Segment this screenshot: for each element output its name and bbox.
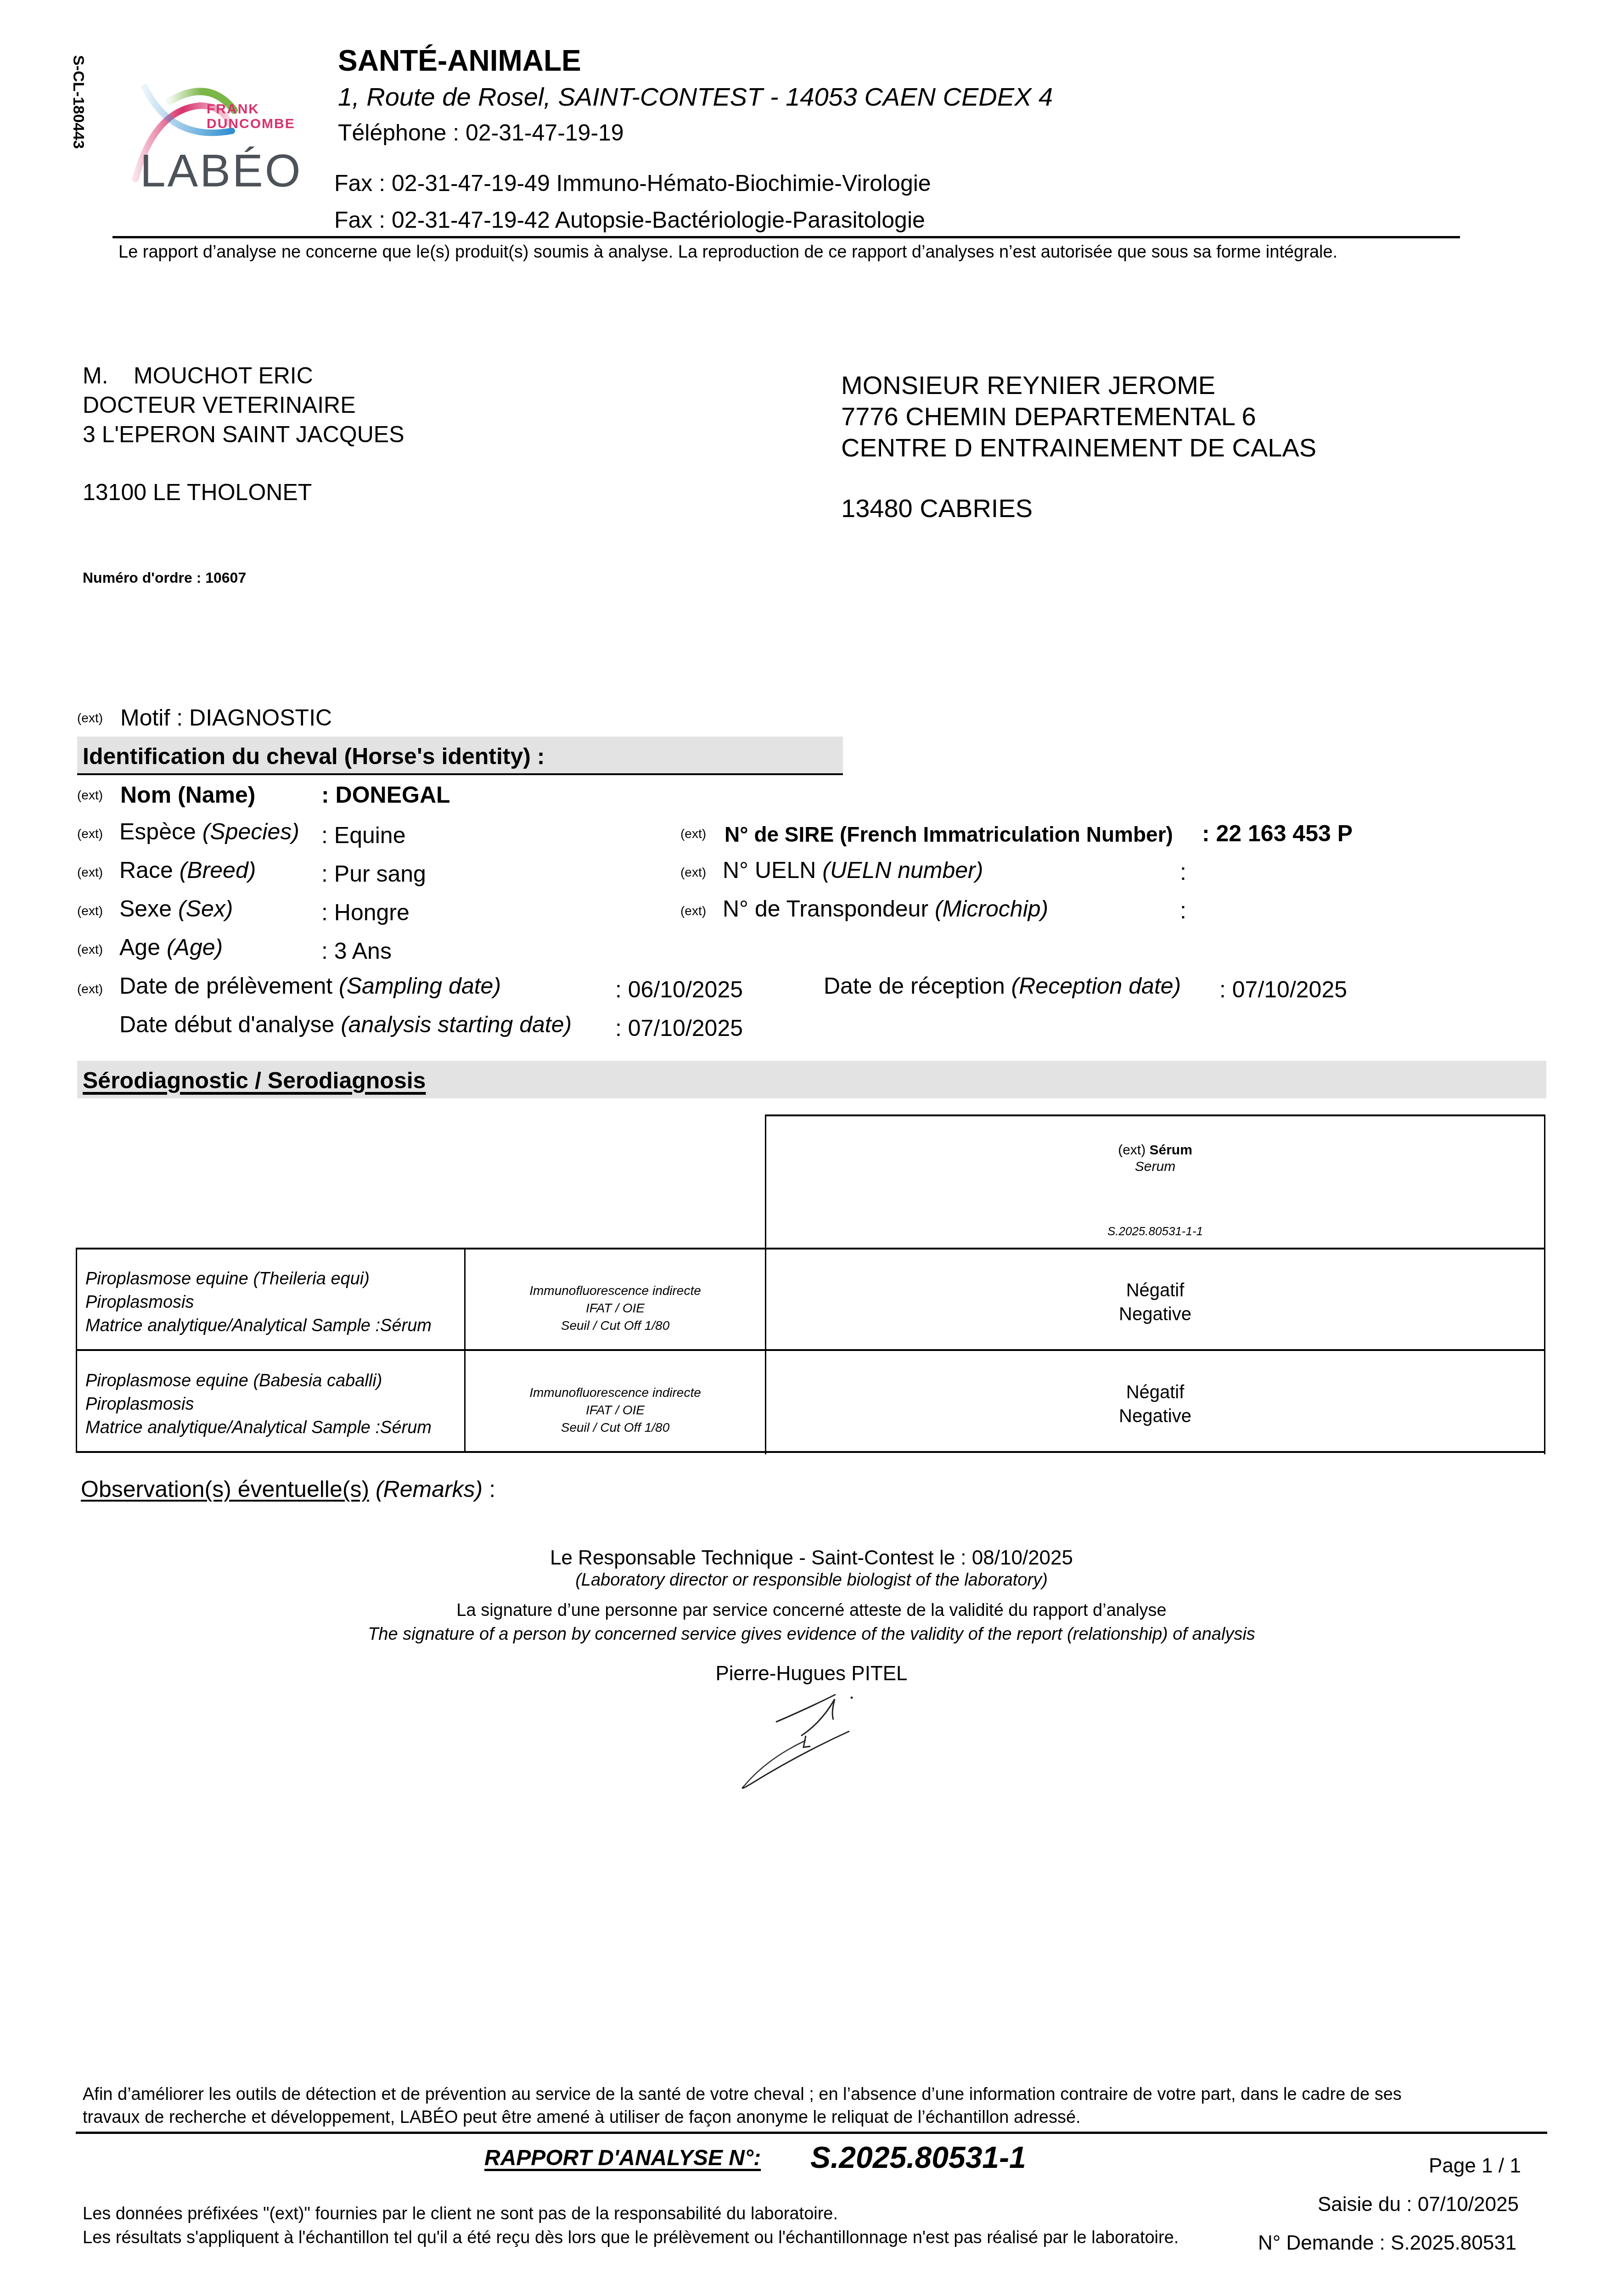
handwritten-signature-icon [730, 1685, 886, 1800]
name-value: : DONEGAL [321, 782, 450, 808]
report-disclaimer: Le rapport d’analyse ne concerne que le(… [118, 242, 1337, 262]
reception-date-value: : 07/10/2025 [1219, 976, 1347, 1003]
logo-brand: LABÉO [140, 145, 303, 197]
species-label: Espèce (Species) [119, 818, 299, 845]
header-divider [112, 236, 1460, 238]
name-label: Nom (Name) [120, 782, 255, 808]
table-row-method: Immunofluorescence indirecte IFAT / OIE … [466, 1384, 765, 1436]
logo-frank: FRANK [207, 102, 295, 117]
document-id: S-CL-180443 [69, 55, 87, 149]
report-number: S.2025.80531-1 [810, 2140, 1026, 2175]
sample-name: Sérum [1149, 1142, 1192, 1158]
results-scope-note: Les résultats s'appliquent à l'échantill… [83, 2228, 1179, 2248]
breed-value: : Pur sang [321, 861, 426, 887]
ext-tag: (ext) [680, 827, 706, 841]
sampling-date-value: : 06/10/2025 [615, 976, 743, 1003]
responsible-technician-en: (Laboratory director or responsible biol… [0, 1570, 1623, 1590]
breed-label: Race (Breed) [119, 857, 256, 884]
research-notice-line1: Afin d’améliorer les outils de détection… [83, 2085, 1402, 2105]
sample-header: (ext) Sérum Serum [765, 1142, 1545, 1175]
table-row-result: Négatif Negative [766, 1380, 1544, 1428]
motif: Motif : DIAGNOSTIC [120, 704, 332, 731]
identity-section-rule [77, 773, 843, 775]
species-value: : Equine [321, 822, 405, 849]
ext-tag: (ext) [77, 904, 103, 918]
vet-street: 3 L'EPERON SAINT JACQUES [83, 420, 404, 449]
analysis-start-value: : 07/10/2025 [615, 1015, 743, 1041]
lab-fax-autopsie: Fax : 02-31-47-19-42 Autopsie-Bactériolo… [334, 207, 925, 233]
sampling-date-label: Date de prélèvement (Sampling date) [119, 973, 501, 999]
lab-title: SANTÉ-ANIMALE [338, 44, 581, 78]
page-indicator: Page 1 / 1 [1429, 2155, 1521, 2178]
sire-label: N° de SIRE (French Immatriculation Numbe… [724, 822, 1173, 847]
sex-label: Sexe (Sex) [119, 895, 233, 922]
identity-section-title: Identification du cheval (Horse's identi… [83, 743, 545, 770]
sample-name-en: Serum [765, 1159, 1545, 1175]
lab-fax-immuno: Fax : 02-31-47-19-49 Immuno-Hémato-Bioch… [334, 170, 931, 197]
ext-tag: (ext) [77, 942, 103, 957]
ext-tag: (ext) [77, 827, 103, 841]
logo-duncombe: DUNCOMBE [207, 117, 295, 131]
serodiagnosis-title: Sérodiagnostic / Serodiagnosis [83, 1067, 426, 1094]
sire-value: : 22 163 453 P [1202, 820, 1353, 847]
ext-tag: (ext) [680, 865, 706, 880]
vet-name: M. MOUCHOT ERIC [83, 361, 404, 390]
vet-title: DOCTEUR VETERINAIRE [83, 390, 404, 420]
ext-tag: (ext) [77, 982, 103, 996]
recipient-line3: CENTRE D ENTRAINEMENT DE CALAS [841, 432, 1316, 463]
recipient-street: 7776 CHEMIN DEPARTEMENTAL 6 [841, 401, 1316, 432]
request-number: N° Demande : S.2025.80531 [1258, 2232, 1516, 2255]
table-row-method: Immunofluorescence indirecte IFAT / OIE … [466, 1282, 765, 1334]
table-row-test: Piroplasmose equine (Babesia caballi) Pi… [85, 1369, 432, 1440]
signature-validity-en: The signature of a person by concerned s… [0, 1625, 1623, 1644]
recipient-city: 13480 CABRIES [841, 493, 1316, 524]
report-number-label: RAPPORT D'ANALYSE N°: [484, 2145, 761, 2171]
reception-date-label: Date de réception (Reception date) [824, 973, 1181, 999]
sample-id: S.2025.80531-1-1 [765, 1224, 1545, 1238]
sex-value: : Hongre [321, 899, 410, 926]
age-value: : 3 Ans [321, 938, 392, 964]
ext-tag: (ext) [77, 865, 103, 880]
ext-data-note: Les données préfixées "(ext)" fournies p… [83, 2204, 838, 2224]
remarks-label: Observation(s) éventuelle(s) (Remarks) : [81, 1476, 495, 1503]
vet-city: 13100 LE THOLONET [83, 478, 404, 507]
recipient-name: MONSIEUR REYNIER JEROME [841, 370, 1316, 401]
ext-tag: (ext) [77, 711, 103, 726]
lab-telephone: Téléphone : 02-31-47-19-19 [338, 119, 624, 146]
footer-divider [76, 2132, 1547, 2134]
table-row-test: Piroplasmose equine (Theileria equi) Pir… [85, 1267, 432, 1338]
labeo-logo: FRANK DUNCOMBE LABÉO [117, 73, 328, 197]
veterinarian-address: M. MOUCHOT ERIC DOCTEUR VETERINAIRE 3 L'… [83, 361, 404, 507]
recipient-address: MONSIEUR REYNIER JEROME 7776 CHEMIN DEPA… [841, 370, 1316, 524]
lab-address: 1, Route de Rosel, SAINT-CONTEST - 14053… [338, 82, 1053, 112]
result-en: Negative [766, 1302, 1544, 1326]
responsible-technician: Le Responsable Technique - Saint-Contest… [0, 1547, 1623, 1570]
ext-tag: (ext) [680, 904, 706, 918]
microchip-value: : [1180, 897, 1186, 924]
result-en: Negative [766, 1404, 1544, 1428]
ueln-value: : [1180, 859, 1186, 885]
entry-date: Saisie du : 07/10/2025 [1318, 2193, 1519, 2216]
ext-tag: (ext) [77, 788, 103, 803]
analysis-start-label: Date début d'analyse (analysis starting … [119, 1011, 572, 1038]
ueln-label: N° UELN (UELN number) [723, 857, 983, 884]
microchip-label: N° de Transpondeur (Microchip) [723, 895, 1048, 922]
order-number: Numéro d'ordre : 10607 [83, 569, 246, 586]
result-fr: Négatif [766, 1380, 1544, 1404]
table-row-result: Négatif Negative [766, 1278, 1544, 1326]
signatory-name: Pierre-Hugues PITEL [0, 1662, 1623, 1685]
research-notice-line2: travaux de recherche et développement, L… [83, 2108, 1081, 2127]
signature-validity-fr: La signature d’une personne par service … [0, 1601, 1623, 1621]
result-fr: Négatif [766, 1278, 1544, 1302]
age-label: Age (Age) [119, 934, 223, 961]
logo-subtitle: FRANK DUNCOMBE [207, 102, 295, 131]
